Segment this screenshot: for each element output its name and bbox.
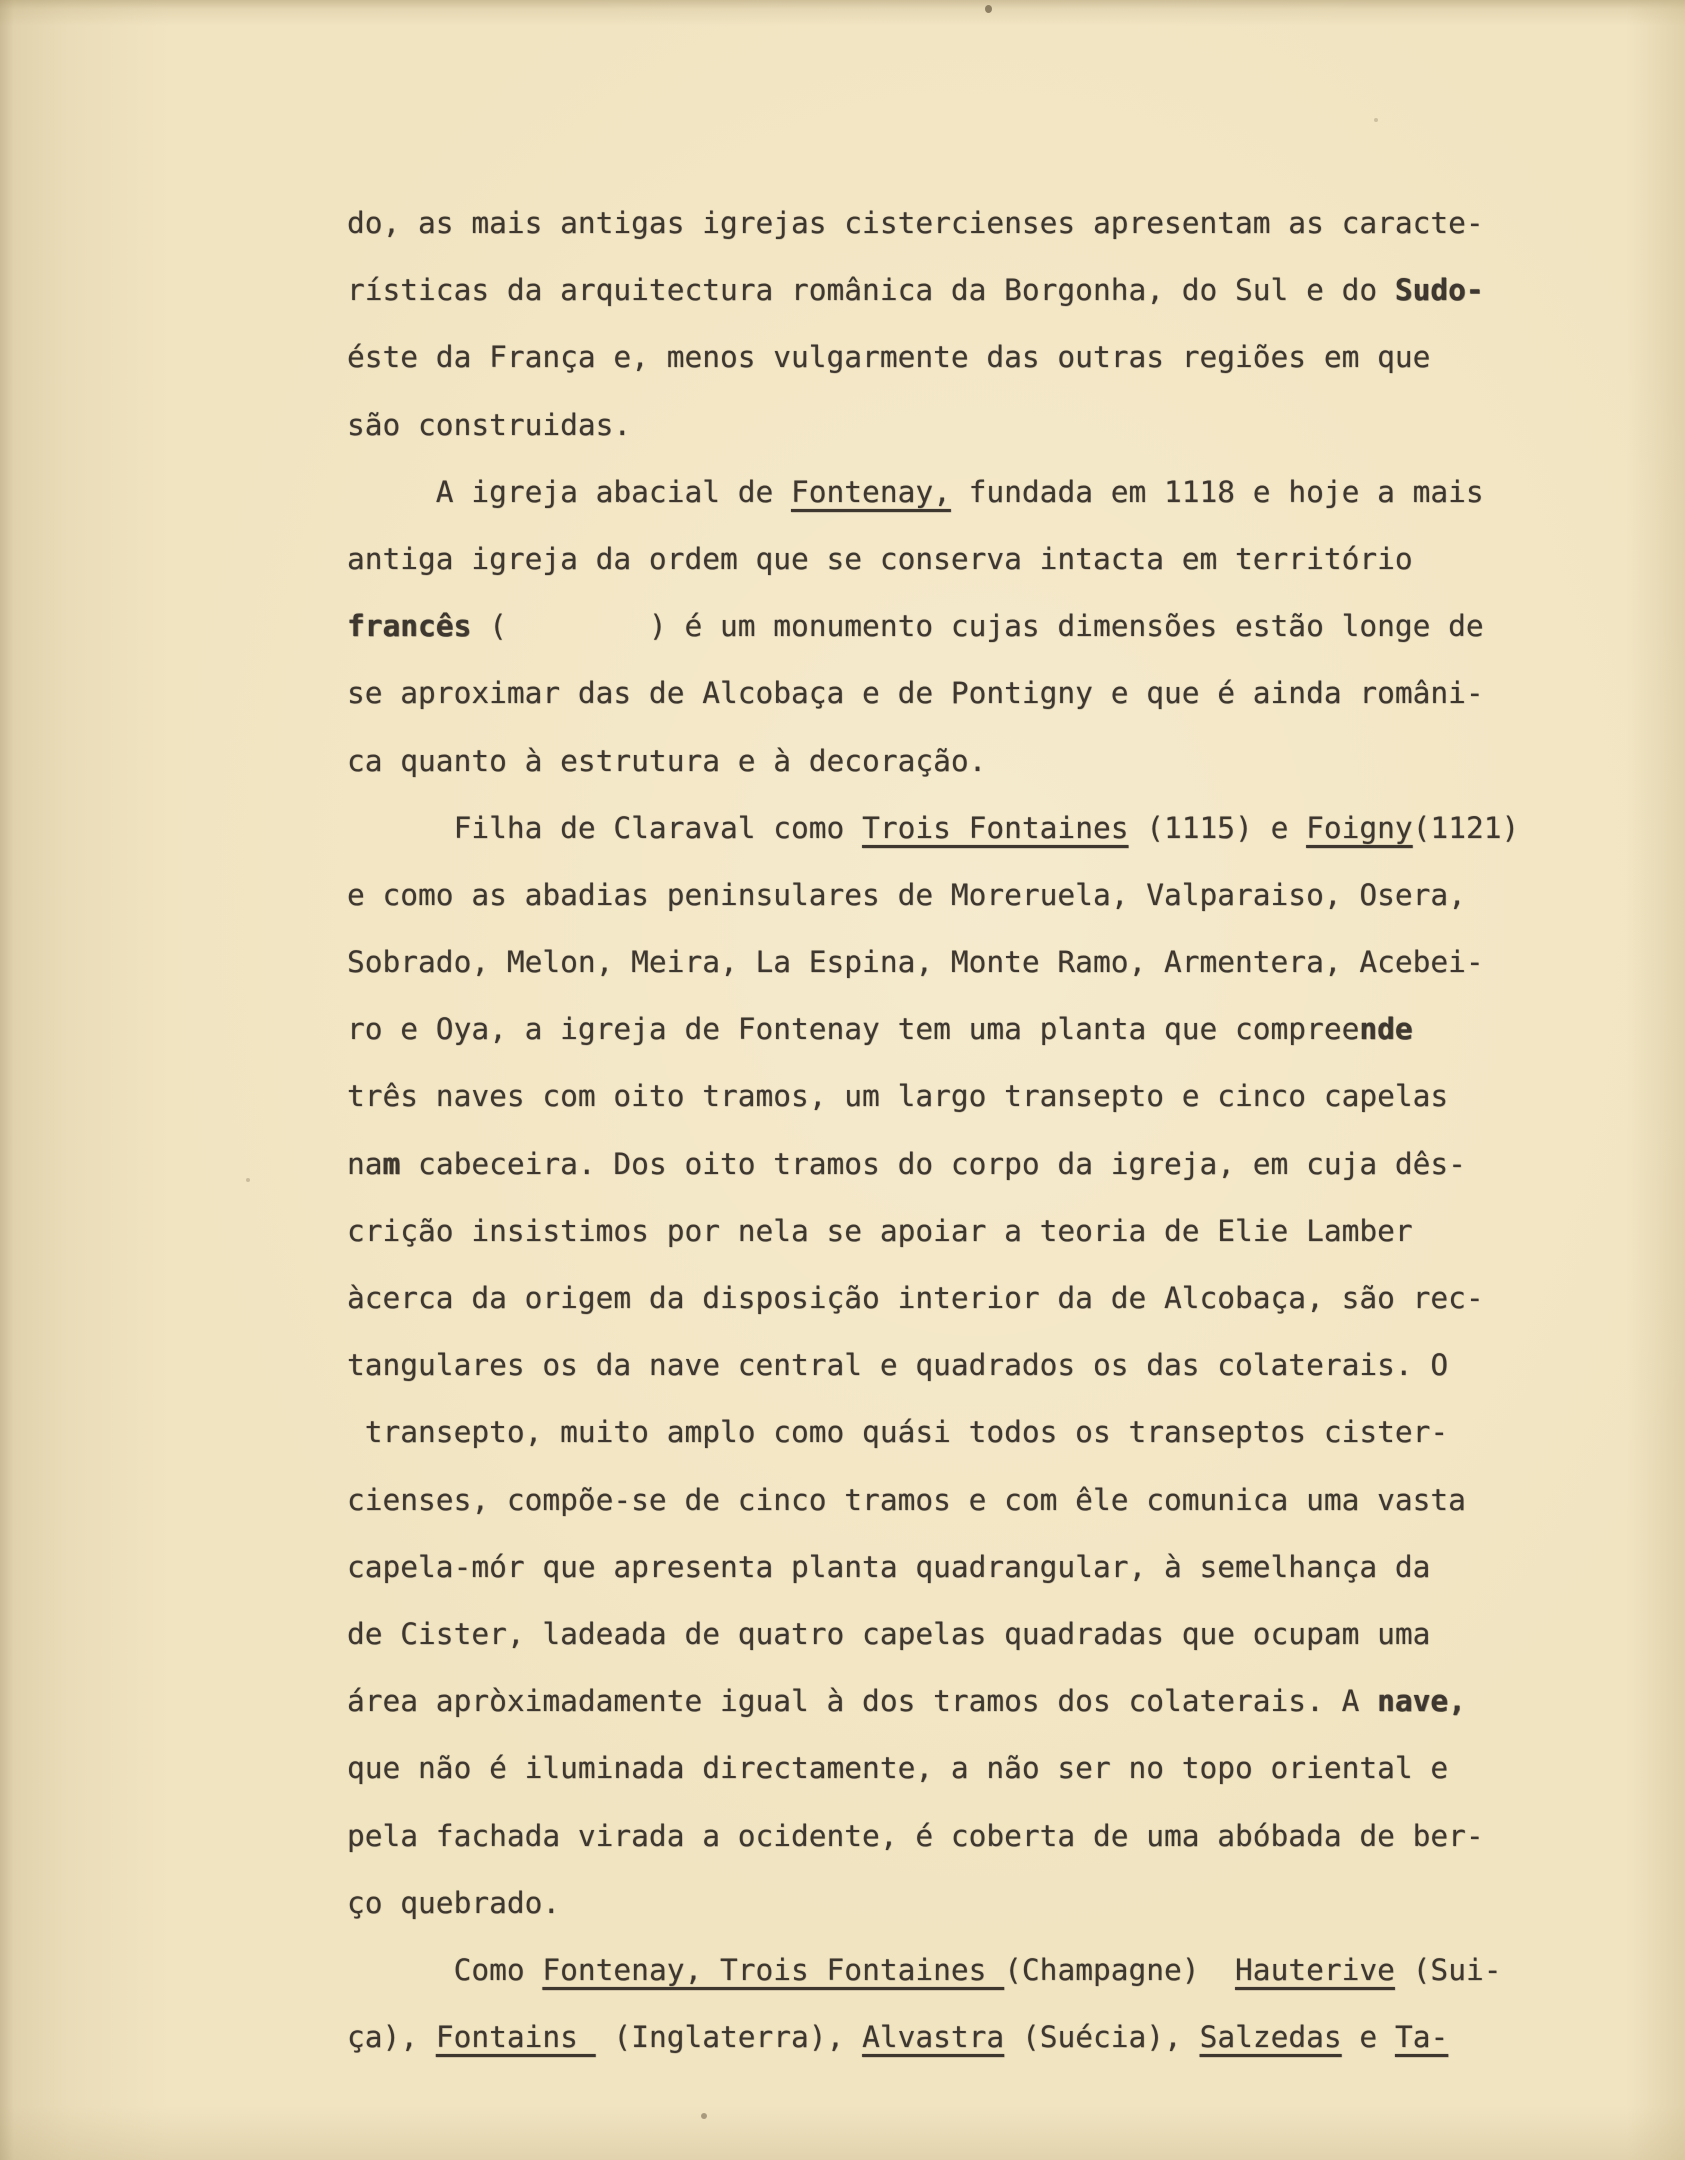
text-line: e como as abadias peninsulares de Moreru…	[347, 862, 1519, 929]
text-line: de Cister, ladeada de quatro capelas qua…	[347, 1601, 1519, 1668]
text-segment: rísticas da arquitectura românica da Bor…	[347, 273, 1395, 307]
text-segment: Sudo-	[1395, 273, 1484, 307]
text-line: são construidas.	[347, 392, 1519, 459]
text-line: antiga igreja da ordem que se conserva i…	[347, 526, 1519, 593]
text-line: nam cabeceira. Dos oito tramos do corpo …	[347, 1131, 1519, 1198]
underlined-text: Foigny	[1306, 811, 1413, 845]
text-line: tangulares os da nave central e quadrado…	[347, 1332, 1519, 1399]
text-segment: ça),	[347, 2020, 436, 2054]
text-segment: na	[347, 1147, 383, 1181]
text-segment: que não é iluminada directamente, a não …	[347, 1751, 1448, 1785]
text-segment: são construidas.	[347, 408, 631, 442]
text-line: capela-mór que apresenta planta quadrang…	[347, 1534, 1519, 1601]
text-segment: do, as mais antigas igrejas cisterciense…	[347, 206, 1484, 240]
text-segment: cabeceira. Dos oito tramos do corpo da i…	[400, 1147, 1466, 1181]
text-line: A igreja abacial de Fontenay, fundada em…	[347, 459, 1519, 526]
text-segment: cienses, compõe-se de cinco tramos e com…	[347, 1483, 1466, 1517]
text-segment: fundada em 1118 e hoje a mais	[951, 475, 1484, 509]
text-segment: transepto, muito amplo como quási todos …	[347, 1415, 1448, 1449]
underlined-text: Fontenay,	[791, 475, 951, 509]
text-line: Sobrado, Melon, Meira, La Espina, Monte …	[347, 929, 1519, 996]
text-line: àcerca da origem da disposição interior …	[347, 1265, 1519, 1332]
underlined-text: Salzedas	[1200, 2020, 1342, 2054]
text-segment: (Champagne)	[1004, 1953, 1235, 1987]
text-line: rísticas da arquitectura românica da Bor…	[347, 257, 1519, 324]
text-segment: éste da França e, menos vulgarmente das …	[347, 340, 1430, 374]
text-segment: e como as abadias peninsulares de Moreru…	[347, 878, 1466, 912]
text-segment: nave,	[1377, 1684, 1466, 1718]
text-segment: de Cister, ladeada de quatro capelas qua…	[347, 1617, 1430, 1651]
typed-text: do, as mais antigas igrejas cisterciense…	[347, 190, 1519, 2071]
text-line: do, as mais antigas igrejas cisterciense…	[347, 190, 1519, 257]
text-segment: crição insistimos por nela se apoiar a t…	[347, 1214, 1413, 1248]
text-segment: A igreja abacial de	[347, 475, 791, 509]
text-line: ca quanto à estrutura e à decoração.	[347, 728, 1519, 795]
text-line: área apròximadamente igual à dos tramos …	[347, 1668, 1519, 1735]
paper-speck	[701, 2113, 707, 2119]
text-segment: ca quanto à estrutura e à decoração.	[347, 744, 986, 778]
text-segment: m	[383, 1147, 401, 1181]
text-segment: área apròximadamente igual à dos tramos …	[347, 1684, 1377, 1718]
text-segment: Sobrado, Melon, Meira, La Espina, Monte …	[347, 945, 1484, 979]
text-line: que não é iluminada directamente, a não …	[347, 1735, 1519, 1802]
text-line: cienses, compõe-se de cinco tramos e com…	[347, 1467, 1519, 1534]
text-segment: pela fachada virada a ocidente, é cobert…	[347, 1819, 1484, 1853]
text-segment: àcerca da origem da disposição interior …	[347, 1281, 1484, 1315]
text-line: três naves com oito tramos, um largo tra…	[347, 1063, 1519, 1130]
text-line: éste da França e, menos vulgarmente das …	[347, 324, 1519, 391]
text-line: Filha de Claraval como Trois Fontaines (…	[347, 795, 1519, 862]
paper-speck	[1374, 118, 1378, 122]
text-segment: se aproximar das de Alcobaça e de Pontig…	[347, 676, 1484, 710]
paper-speck	[246, 1178, 250, 1182]
text-segment: francês	[347, 609, 471, 643]
text-line: francês ( ) é um monumento cujas dimensõ…	[347, 593, 1519, 660]
text-segment: Filha de Claraval como	[347, 811, 862, 845]
text-segment: (Sui-	[1395, 1953, 1502, 1987]
text-line: pela fachada virada a ocidente, é cobert…	[347, 1803, 1519, 1870]
text-segment: antiga igreja da ordem que se conserva i…	[347, 542, 1413, 576]
underlined-text: Alvastra	[862, 2020, 1004, 2054]
text-line: transepto, muito amplo como quási todos …	[347, 1399, 1519, 1466]
text-segment: (1121)	[1413, 811, 1520, 845]
text-line: ça), Fontains (Inglaterra), Alvastra (Su…	[347, 2004, 1519, 2071]
text-segment: ( ) é um monumento cujas dimensões estão…	[471, 609, 1483, 643]
underlined-text: Fontains	[436, 2020, 596, 2054]
typescript-page: do, as mais antigas igrejas cisterciense…	[0, 0, 1685, 2160]
underlined-text: Hauterive	[1235, 1953, 1395, 1987]
text-segment: Como	[347, 1953, 542, 1987]
text-segment: (Inglaterra),	[596, 2020, 862, 2054]
text-segment: tangulares os da nave central e quadrado…	[347, 1348, 1448, 1382]
text-segment: nde	[1359, 1012, 1412, 1046]
text-line: ro e Oya, a igreja de Fontenay tem uma p…	[347, 996, 1519, 1063]
text-segment: e	[1342, 2020, 1395, 2054]
text-line: ço quebrado.	[347, 1870, 1519, 1937]
text-line: se aproximar das de Alcobaça e de Pontig…	[347, 660, 1519, 727]
text-segment: ro e Oya, a igreja de Fontenay tem uma p…	[347, 1012, 1359, 1046]
underlined-text: Fontenay, Trois Fontaines	[542, 1953, 1004, 1987]
text-segment: (1115) e	[1128, 811, 1306, 845]
text-line: crição insistimos por nela se apoiar a t…	[347, 1198, 1519, 1265]
text-line: Como Fontenay, Trois Fontaines (Champagn…	[347, 1937, 1519, 2004]
paper-speck	[985, 5, 992, 13]
underlined-text: Trois Fontaines	[862, 811, 1128, 845]
text-segment: ço quebrado.	[347, 1886, 560, 1920]
underlined-text: Ta-	[1395, 2020, 1448, 2054]
text-segment: três naves com oito tramos, um largo tra…	[347, 1079, 1448, 1113]
text-segment: capela-mór que apresenta planta quadrang…	[347, 1550, 1430, 1584]
text-segment: (Suécia),	[1004, 2020, 1199, 2054]
